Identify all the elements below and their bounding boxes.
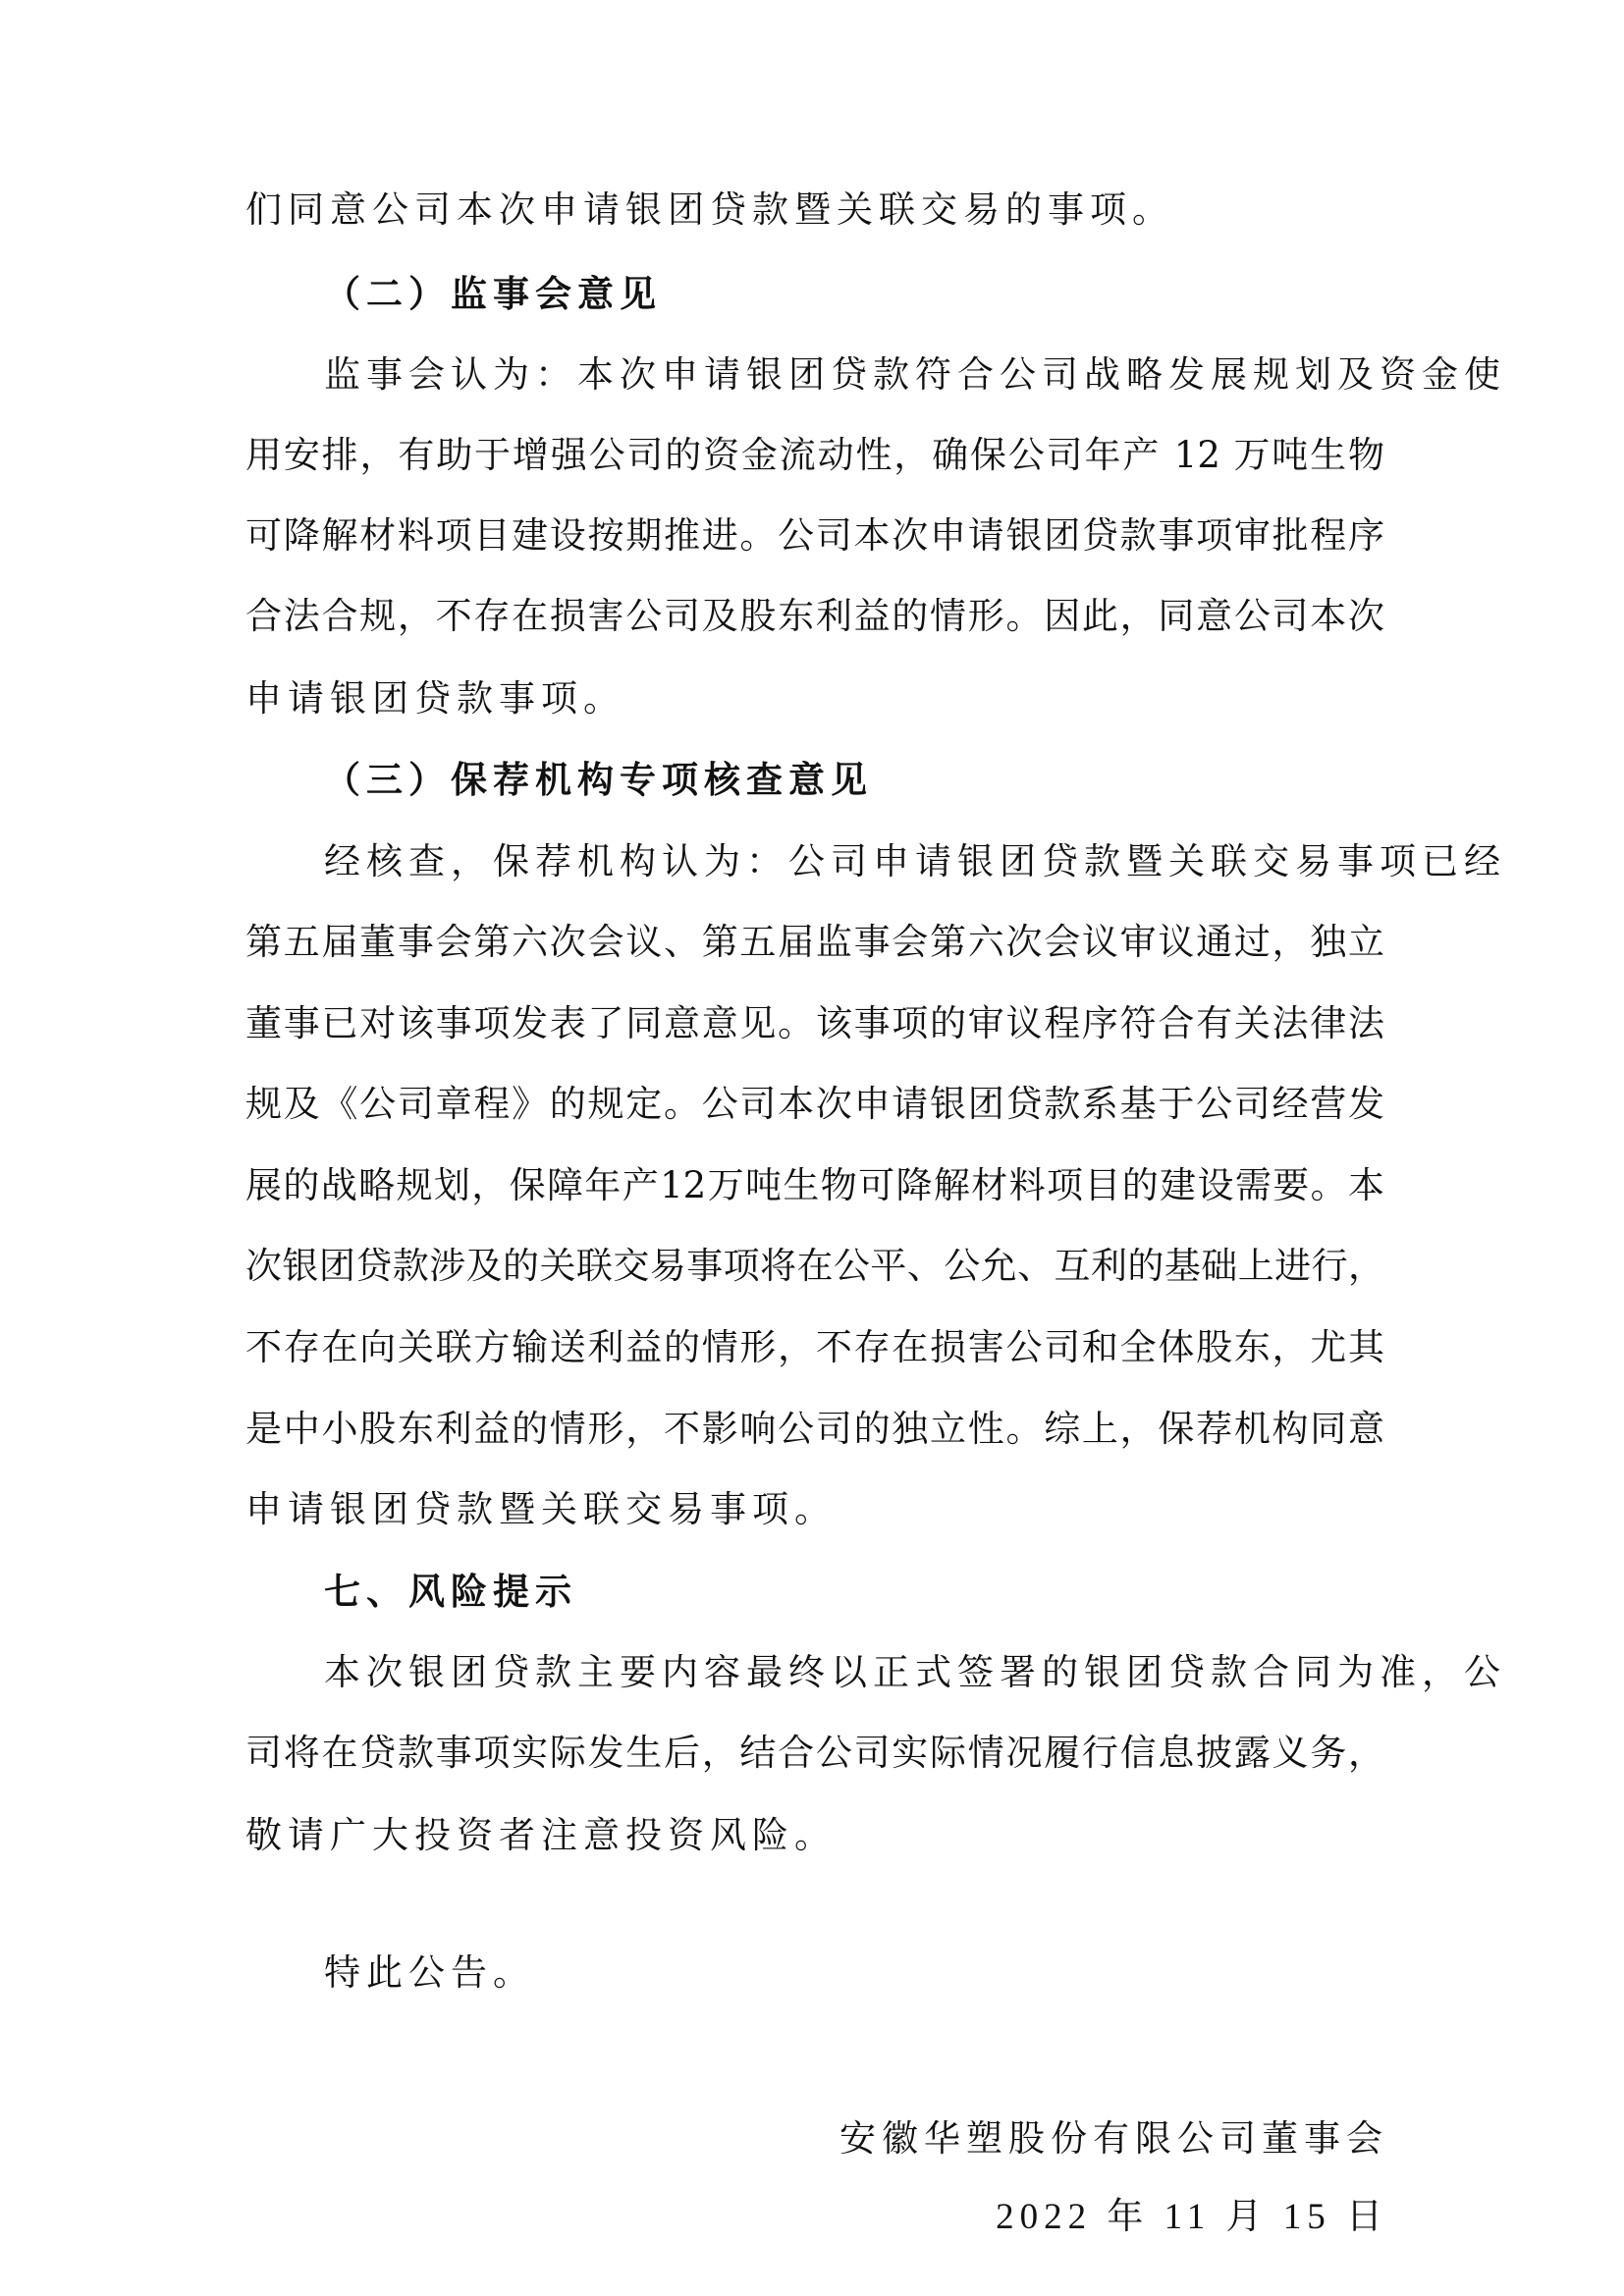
paragraph-line: 监事会认为：本次申请银团贷款符合公司战略发展规划及资金使 — [324, 351, 1506, 399]
closing-text: 特此公告。 — [324, 1949, 535, 1997]
section-heading-risk: 七、风险提示 — [324, 1569, 577, 1616]
paragraph-line: 合法合规，不存在损害公司及股东利益的情形。因此，同意公司本次 — [245, 593, 1384, 640]
paragraph-line: 敬请广大投资者注意投资风险。 — [245, 1812, 837, 1859]
paragraph-line: 经核查，保荐机构认为：公司申请银团贷款暨关联交易事项已经 — [324, 838, 1506, 885]
paragraph-line: 申请银团贷款暨关联交易事项。 — [245, 1486, 837, 1533]
paragraph-line: 次银团贷款涉及的关联交易事项将在公平、公允、互利的基础上进行， — [245, 1243, 1384, 1290]
paragraph-line: 规及《公司章程》的规定。公司本次申请银团贷款系基于公司经营发 — [245, 1081, 1384, 1128]
paragraph-line: 不存在向关联方输送利益的情形，不存在损害公司和全体股东，尤其 — [245, 1324, 1384, 1371]
paragraph-line: 可降解材料项目建设按期推进。公司本次申请银团贷款事项审批程序 — [245, 512, 1384, 560]
paragraph-line: 本次银团贷款主要内容最终以正式签署的银团贷款合同为准，公 — [324, 1649, 1506, 1696]
paragraph-line: 第五届董事会第六次会议、第五届监事会第六次会议审议通过，独立 — [245, 919, 1384, 966]
paragraph-line: 用安排，有助于增强公司的资金流动性，确保公司年产 12 万吨生物 — [245, 432, 1384, 479]
signature-date: 2022 年 11 月 15 日 — [996, 2194, 1388, 2241]
section-heading-supervisors: （二）监事会意见 — [324, 271, 662, 318]
continuation-text: 们同意公司本次申请银团贷款暨关联交易的事项。 — [245, 187, 1174, 234]
paragraph-line: 展的战略规划，保障年产12万吨生物可降解材料项目的建设需要。本 — [245, 1162, 1384, 1209]
paragraph-line: 董事已对该事项发表了同意意见。该事项的审议程序符合有关法律法 — [245, 1000, 1384, 1047]
section-heading-sponsor: （三）保荐机构专项核查意见 — [324, 757, 873, 804]
signature-company: 安徽华塑股份有限公司董事会 — [839, 2115, 1388, 2163]
paragraph-line: 是中小股东利益的情形，不影响公司的独立性。综上，保荐机构同意 — [245, 1406, 1384, 1453]
paragraph-line: 司将在贷款事项实际发生后，结合公司实际情况履行信息披露义务， — [245, 1730, 1384, 1777]
paragraph-line: 申请银团贷款事项。 — [245, 675, 625, 722]
